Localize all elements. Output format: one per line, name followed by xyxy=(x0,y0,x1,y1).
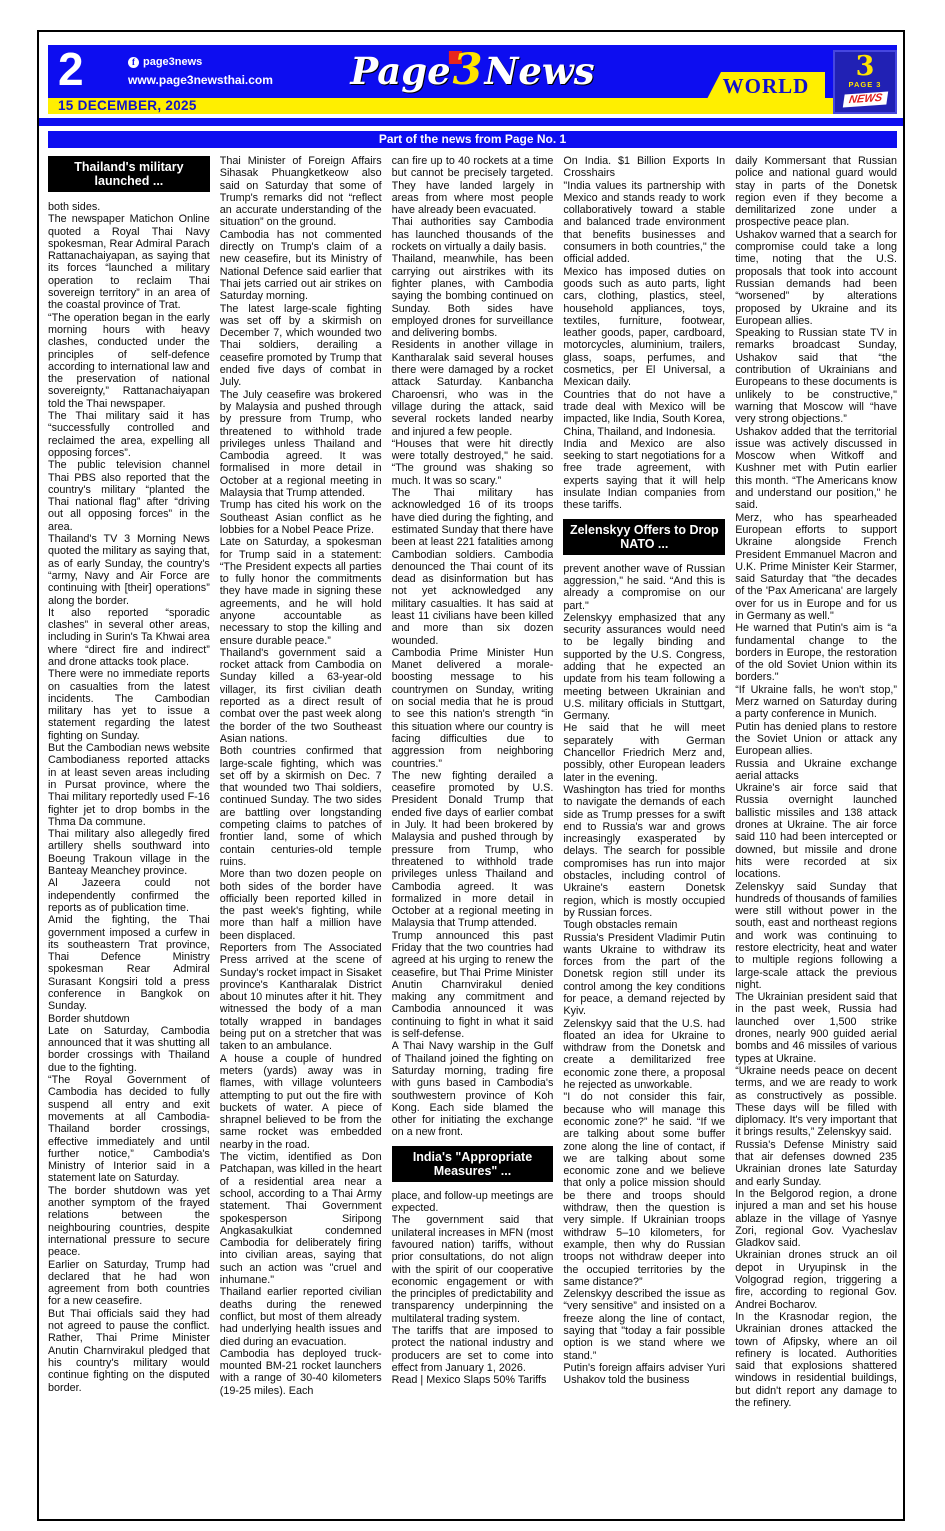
article-paragraph: The victim, identified as Don Patchapan,… xyxy=(220,1151,382,1286)
article-paragraph: But Thai officials said they had not agr… xyxy=(48,1308,210,1394)
page-number: 2 xyxy=(58,43,84,95)
article-paragraph: In the Belgorod region, a drone injured … xyxy=(735,1188,897,1249)
article-paragraph: Mexico has imposed duties on goods such … xyxy=(563,266,725,389)
article-paragraph: Late on Saturday, a spokesman for Trump … xyxy=(220,536,382,647)
article-paragraph: A Thai Navy warship in the Gulf of Thail… xyxy=(392,1040,554,1138)
article-paragraph: Thai Minister of Foreign Affairs Sihasak… xyxy=(220,155,382,229)
article-paragraph: Cambodia has not commented directly on T… xyxy=(220,229,382,303)
article-paragraph: Earlier on Saturday, Trump had declared … xyxy=(48,1259,210,1308)
article-paragraph: Zelenskyy described the issue as “very s… xyxy=(563,1288,725,1362)
article-paragraph: Thai military also allegedly fired artil… xyxy=(48,828,210,877)
article-paragraph: In the Krasnodar region, the Ukrainian d… xyxy=(735,1311,897,1409)
article-paragraph: He said that he will meet separately wit… xyxy=(563,722,725,783)
article-paragraph: Putin's foreign affairs adviser Yuri Ush… xyxy=(563,1362,725,1387)
masthead-digit-3: 3 xyxy=(451,45,485,95)
article-paragraph: The July ceasefire was brokered by Malay… xyxy=(220,389,382,500)
article-paragraph: On India. $1 Billion Exports In Crosshai… xyxy=(563,155,725,180)
article-paragraph: Russia and Ukraine exchange aerial attac… xyxy=(735,758,897,783)
article-paragraph: “The operation began in the early mornin… xyxy=(48,312,210,410)
article-paragraph: Residents in another village in Kanthara… xyxy=(392,339,554,437)
article-paragraph: "I do not consider this fair, because wh… xyxy=(563,1091,725,1288)
social-row: f page3news xyxy=(128,56,202,68)
article-paragraph: Read | Mexico Slaps 50% Tariffs xyxy=(392,1374,554,1386)
article-paragraph: “If Ukraine falls, he won't stop,” Merz … xyxy=(735,684,897,721)
article-headline: Thailand's military launched ... xyxy=(48,156,210,192)
article-paragraph: The public television channel Thai PBS a… xyxy=(48,459,210,533)
article-paragraph: Ukraine's air force said that Russia ove… xyxy=(735,782,897,880)
article-paragraph: both sides. xyxy=(48,201,210,213)
article-columns: Thailand's military launched ...both sid… xyxy=(48,155,897,1515)
article-paragraph: prevent another wave of Russian aggressi… xyxy=(563,563,725,612)
article-paragraph: “Houses that were hit directly were tota… xyxy=(392,438,554,487)
section-label: WORLD xyxy=(707,72,825,99)
article-paragraph: Ushakov warned that a search for comprom… xyxy=(735,229,897,327)
page3news-logo: 3 PAGE 3 NEWS xyxy=(833,50,897,114)
article-paragraph: The government said that unilateral incr… xyxy=(392,1214,554,1325)
article-paragraph: The latest large-scale fighting was set … xyxy=(220,303,382,389)
article-paragraph: The Thai military has acknowledged 16 of… xyxy=(392,487,554,647)
article-paragraph: Thailand earlier reported civilian death… xyxy=(220,1286,382,1347)
masthead-word-page: Page xyxy=(350,49,450,93)
article-paragraph: Merz, who has spearheaded European effor… xyxy=(735,512,897,623)
article-paragraph: "India values its partnership with Mexic… xyxy=(563,180,725,266)
masthead-logo: Page3News xyxy=(350,45,594,96)
article-paragraph: “The Royal Government of Cambodia has de… xyxy=(48,1074,210,1185)
social-handle: page3news xyxy=(143,56,202,68)
article-paragraph: Trump has cited his work on the Southeas… xyxy=(220,499,382,536)
article-paragraph: Zelenskyy emphasized that any security a… xyxy=(563,612,725,723)
article-paragraph: Speaking to Russian state TV in remarks … xyxy=(735,327,897,425)
article-paragraph: A house a couple of hundred meters (yard… xyxy=(220,1053,382,1151)
column-1: Thailand's military launched ...both sid… xyxy=(48,155,210,1515)
article-paragraph: Thailand's government said a rocket atta… xyxy=(220,647,382,745)
article-paragraph: It also reported “sporadic clashes” in s… xyxy=(48,607,210,668)
column-2: Thai Minister of Foreign Affairs Sihasak… xyxy=(220,155,382,1515)
article-paragraph: Russia's Defense Ministry said that air … xyxy=(735,1139,897,1188)
article-paragraph: Zelenskyy said Sunday that hundreds of t… xyxy=(735,881,897,992)
article-paragraph: The border shutdown was yet another symp… xyxy=(48,1185,210,1259)
article-paragraph: Thai authorities say Cambodia has launch… xyxy=(392,216,554,253)
website-url: www.page3newsthai.com xyxy=(128,73,273,87)
logo-digit-3: 3 xyxy=(835,54,895,80)
article-headline: Zelenskyy Offers to Drop NATO ... xyxy=(563,519,725,555)
article-paragraph: Tough obstacles remain xyxy=(563,919,725,931)
page-frame: 2 f page3news www.page3newsthai.com Page… xyxy=(37,30,905,1521)
article-paragraph: The newspaper Matichon Online quoted a R… xyxy=(48,213,210,311)
article-paragraph: Border shutdown xyxy=(48,1013,210,1025)
article-paragraph: Washington has tried for months to navig… xyxy=(563,784,725,919)
masthead-header: 2 f page3news www.page3newsthai.com Page… xyxy=(48,45,897,114)
article-paragraph: Cambodia has deployed truck-mounted BM-2… xyxy=(220,1348,382,1397)
article-paragraph: Late on Saturday, Cambodia announced tha… xyxy=(48,1025,210,1074)
column-4: On India. $1 Billion Exports In Crosshai… xyxy=(563,155,725,1515)
article-headline: India's "Appropriate Measures" ... xyxy=(392,1146,554,1182)
article-paragraph: Russia's President Vladimir Putin wants … xyxy=(563,932,725,1018)
issue-date: 15 DECEMBER, 2025 xyxy=(58,98,197,114)
article-paragraph: Al Jazeera could not independently confi… xyxy=(48,877,210,914)
article-paragraph: There were no immediate reports on casua… xyxy=(48,668,210,742)
masthead-word-news: News xyxy=(485,49,595,93)
article-paragraph: Ukrainian drones struck an oil depot in … xyxy=(735,1249,897,1310)
article-paragraph: But the Cambodian news website Cambodian… xyxy=(48,742,210,828)
article-paragraph: The Thai military said it has “successfu… xyxy=(48,410,210,459)
column-3: can fire up to 40 rockets at a time but … xyxy=(392,155,554,1515)
article-paragraph: More than two dozen people on both sides… xyxy=(220,868,382,942)
article-paragraph: Thailand, meanwhile, has been carrying o… xyxy=(392,253,554,339)
article-paragraph: Trump announced this past Friday that th… xyxy=(392,930,554,1041)
article-paragraph: Ushakov added that the territorial issue… xyxy=(735,426,897,512)
article-paragraph: Putin has denied plans to restore the So… xyxy=(735,721,897,758)
article-paragraph: Amid the fighting, the Thai government i… xyxy=(48,914,210,1012)
article-paragraph: “Ukraine needs peace on decent terms, an… xyxy=(735,1065,897,1139)
article-paragraph: can fire up to 40 rockets at a time but … xyxy=(392,155,554,216)
logo-news-banner: NEWS xyxy=(842,92,887,108)
article-paragraph: Thailand's TV 3 Morning News quoted the … xyxy=(48,533,210,607)
article-paragraph: Both countries confirmed that large-scal… xyxy=(220,745,382,868)
article-paragraph: Zelenskyy said that the U.S. had floated… xyxy=(563,1018,725,1092)
facebook-icon: f xyxy=(128,57,139,68)
divider-bar xyxy=(39,118,903,126)
column-5: daily Kommersant that Russian police and… xyxy=(735,155,897,1515)
article-paragraph: The new fighting derailed a ceasefire pr… xyxy=(392,770,554,930)
article-paragraph: The Ukrainian president said that in the… xyxy=(735,991,897,1065)
article-paragraph: Countries that do not have a trade deal … xyxy=(563,389,725,438)
article-paragraph: India and Mexico are also seeking to sta… xyxy=(563,438,725,512)
article-paragraph: place, and follow-up meetings are expect… xyxy=(392,1190,554,1215)
article-paragraph: daily Kommersant that Russian police and… xyxy=(735,155,897,229)
logo-page3-text: PAGE 3 xyxy=(835,80,895,89)
article-paragraph: The tariffs that are imposed to protect … xyxy=(392,1325,554,1374)
article-paragraph: Reporters from The Associated Press arri… xyxy=(220,942,382,1053)
article-paragraph: He warned that Putin's aim is “a fundame… xyxy=(735,622,897,683)
strapline-bar: Part of the news from Page No. 1 xyxy=(48,131,897,148)
article-paragraph: Cambodia Prime Minister Hun Manet delive… xyxy=(392,647,554,770)
